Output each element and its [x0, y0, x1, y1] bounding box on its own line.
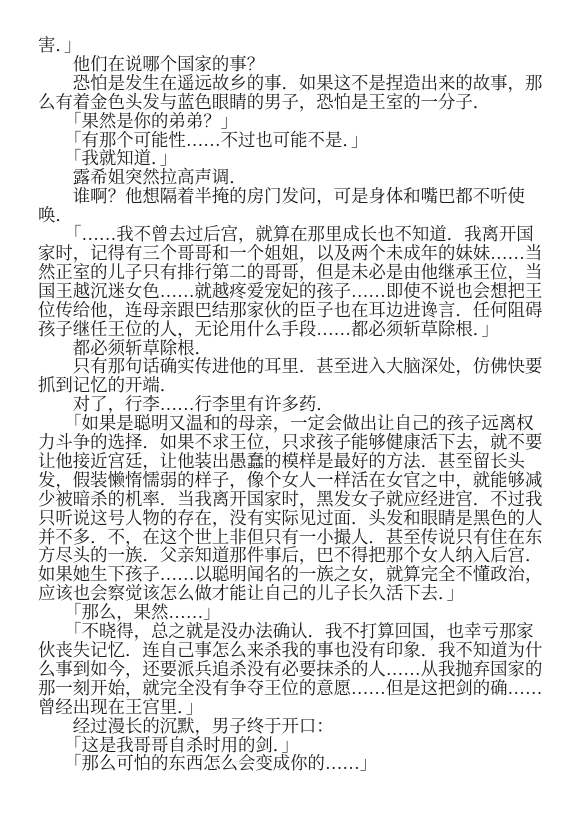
text-line: 恐怕是发生在遥远故乡的事．如果这不是捏造出来的故事，那 [38, 74, 552, 93]
text-line: 露希姐突然拉高声调． [38, 168, 552, 187]
text-line: 让他接近宫廷，让他装出愚蠢的模样是最好的方法．甚至留长头 [38, 452, 552, 471]
text-line: 对了，行李……行李里有许多药． [38, 395, 552, 414]
text-line: 发，假装懒惰懦弱的样子，像个女人一样活在女官之中，就能够减 [38, 471, 552, 490]
text-line: 那一刻开始，就完全没有争夺王位的意愿……但是这把剑的确…… [38, 679, 552, 698]
page-text: 害．」 他们在说哪个国家的事？ 恐怕是发生在遥远故乡的事．如果这不是捏造出来的故… [38, 36, 552, 773]
text-line: 谁啊？他想隔着半掩的房门发问，可是身体和嘴巴都不听使 [38, 187, 552, 206]
text-line: 只听说这号人物的存在，没有实际见过面．头发和眼睛是黑色的人 [38, 509, 552, 528]
text-line: 经过漫长的沉默，男子终于开口： [38, 717, 552, 736]
text-line: 少被暗杀的机率．当我离开国家时，黑发女子就应经进宫．不过我 [38, 490, 552, 509]
text-line: 「果然是你的弟弟？」 [38, 112, 552, 131]
text-line: 曾经出现在王宫里．」 [38, 698, 552, 717]
text-line: 应该也会察觉该怎么做才能让自己的儿子长久活下去．」 [38, 584, 552, 603]
text-line: 么事到如今，还要派兵追杀没有必要抹杀的人……从我抛弃国家的 [38, 660, 552, 679]
text-line: 么有着金色头发与蓝色眼睛的男子，恐怕是王室的一分子． [38, 93, 552, 112]
text-line: 然正室的儿子只有排行第二的哥哥，但是未必是由他继承王位，当 [38, 263, 552, 282]
text-line: 「……我不曾去过后宫，就算在那里成长也不知道．我离开国 [38, 225, 552, 244]
text-line: 「不晓得，总之就是没办法确认．我不打算回国，也幸亏那家 [38, 622, 552, 641]
text-line: 国王越沉迷女色……就越疼爱宠妃的孩子……即使不说也会想把王 [38, 282, 552, 301]
text-line: 「那么可怕的东西怎么会变成你的……」 [38, 754, 552, 773]
text-line: 都必须斩草除根． [38, 339, 552, 358]
text-line: 伙丧失记忆．连自己事怎么来杀我的事也没有印象．我不知道为什 [38, 641, 552, 660]
text-line: 唤． [38, 206, 552, 225]
text-line: 如果她生下孩子……以聪明闻名的一族之女，就算完全不懂政治， [38, 565, 552, 584]
text-line: 「那么，果然……」 [38, 603, 552, 622]
text-line: 力斗争的选择．如果不求王位，只求孩子能够健康活下去，就不要 [38, 433, 552, 452]
text-line: 「有那个可能性……不过也可能不是．」 [38, 131, 552, 150]
text-line: 孩子继任王位的人，无论用什么手段……都必须斩草除根．」 [38, 320, 552, 339]
text-line: 家时，记得有三个哥哥和一个姐姐，以及两个未成年的妹妹……当 [38, 244, 552, 263]
book-page: 害．」 他们在说哪个国家的事？ 恐怕是发生在遥远故乡的事．如果这不是捏造出来的故… [0, 0, 583, 828]
text-line: 害．」 [38, 36, 552, 55]
text-line: 方尽头的一族．父亲知道那件事后，巴不得把那个女人纳入后宫． [38, 546, 552, 565]
text-line: 「我就知道．」 [38, 149, 552, 168]
text-line: 「这是我哥哥自杀时用的剑．」 [38, 736, 552, 755]
text-line: 并不多．不，在这个世上非但只有一小撮人．甚至传说只有住在东 [38, 528, 552, 547]
text-line: 位传给他，连母亲跟巴结那家伙的臣子也在耳边进谗言．任何阻碍 [38, 301, 552, 320]
text-line: 只有那句话确实传进他的耳里．甚至进入大脑深处，仿佛快要 [38, 357, 552, 376]
text-line: 抓到记忆的开端． [38, 376, 552, 395]
text-line: 「如果是聪明又温和的母亲，一定会做出让自己的孩子远离权 [38, 414, 552, 433]
text-line: 他们在说哪个国家的事？ [38, 55, 552, 74]
